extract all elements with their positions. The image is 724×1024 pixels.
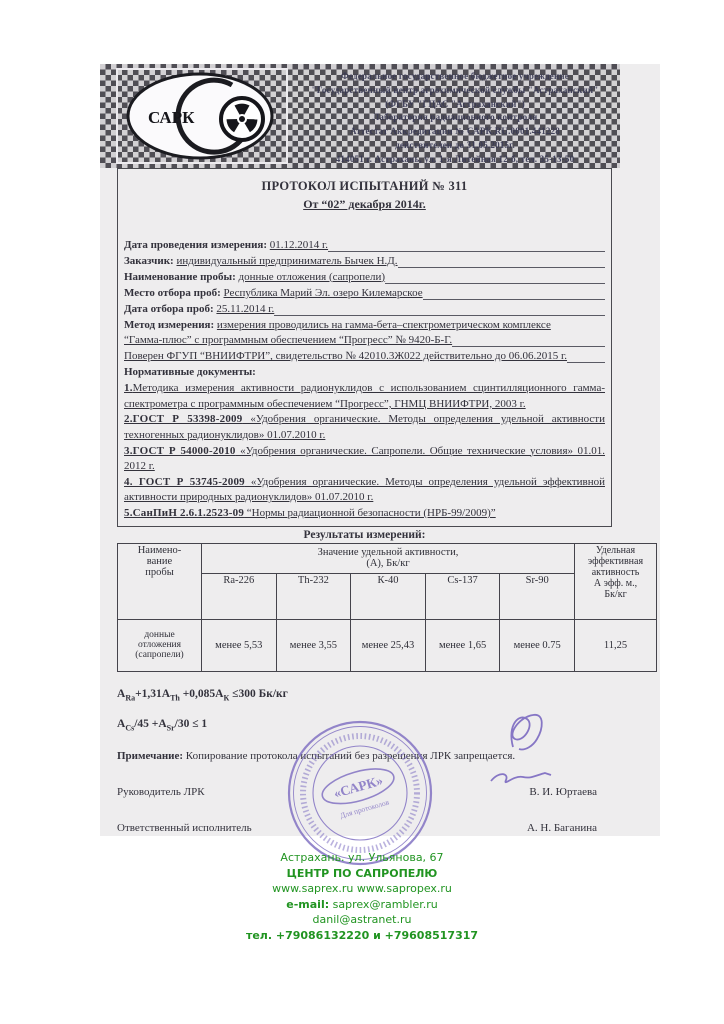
formula-sub: Cs — [125, 723, 134, 732]
formula-effective-activity: АRa+1,31АTh +0,085АК ≤300 Бк/кг — [117, 688, 658, 702]
org-line: "Государственный центр агрохимической сл… — [292, 84, 618, 98]
field-sampling-date: Дата отбора проб: 25.11.2014 г. — [124, 302, 605, 318]
formula-sub: Ra — [125, 693, 135, 702]
normative-item-2: 2.ГОСТ Р 53398-2009 «Удобрения органичес… — [124, 412, 605, 443]
field-underline — [452, 333, 605, 347]
results-table: Наимено- вание пробы Значение удельной а… — [117, 543, 657, 672]
field-value: индивидуальный предприниматель Бычек Н.Д… — [176, 254, 397, 270]
method-continuation: “Гамма-плюс” с программным обеспечением … — [124, 333, 452, 349]
footer-email-line[interactable]: e-mail: saprex@rambler.ru — [0, 897, 724, 913]
footer-address: Астрахань. ул. Ульянова, 67 — [0, 850, 724, 866]
field-underline — [385, 270, 605, 284]
sark-logo: САРК — [116, 68, 288, 164]
normative-text: Методика измерения активности радионукли… — [124, 382, 605, 410]
handwritten-signatures — [395, 709, 575, 814]
footer-email-address: saprex@rambler.ru — [329, 898, 438, 911]
field-label: Наименование пробы: — [124, 270, 239, 286]
field-underline — [328, 238, 605, 252]
formula-part: ≤300 Бк/кг — [229, 688, 288, 700]
scan-header-band: САРК Федеральное государственное бюджетн… — [100, 64, 620, 168]
field-label: Место отбора проб: — [124, 286, 224, 302]
value-k40: менее 25,43 — [351, 619, 426, 671]
normative-num: 5.СанПиН 2.6.1.2523-09 — [124, 507, 244, 519]
protocol-title: ПРОТОКОЛ ИСПЫТАНИЙ № 311 — [124, 179, 605, 194]
field-value: Республика Марий Эл. озеро Килемарское — [224, 286, 423, 302]
stamp-center-text: «САРК» — [332, 773, 385, 801]
normative-heading: Нормативные документы: — [124, 365, 605, 381]
org-line: действителен до 31.05.2015г. — [292, 139, 618, 153]
note-label: Примечание: — [117, 750, 183, 762]
field-underline — [398, 254, 605, 268]
value-effective-activity: 11,25 — [575, 619, 657, 671]
signature-stroke-1 — [511, 715, 541, 750]
protocol-box: ПРОТОКОЛ ИСПЫТАНИЙ № 311 От “02” декабря… — [117, 168, 612, 527]
method-line2: “Гамма-плюс” с программным обеспечением … — [124, 333, 605, 349]
value-cs137: менее 1,65 — [425, 619, 500, 671]
normative-num: 1. — [124, 382, 133, 394]
field-underline — [274, 302, 605, 316]
normative-text: “Нормы радиационной безопасности (НРБ-99… — [244, 507, 496, 519]
org-line: 414051 г. Астрахань, ул. 1-я Литейная 12… — [292, 153, 618, 167]
stamp-sub-text: Для протоколов — [339, 797, 390, 820]
column-header-cs137: Cs-137 — [425, 573, 500, 619]
field-label: Дата отбора проб: — [124, 302, 216, 318]
field-label: Дата проведения измерения: — [124, 238, 270, 254]
value-ra226: менее 5,53 — [202, 619, 277, 671]
column-header-k40: К-40 — [351, 573, 426, 619]
results-heading: Результаты измерений: — [117, 529, 612, 541]
footer-center-name: ЦЕНТР ПО САПРОПЕЛЮ — [0, 866, 724, 882]
field-label: Заказчик: — [124, 254, 176, 270]
footer-email-label: e-mail: — [286, 898, 329, 911]
field-sample-name: Наименование пробы: донные отложения (са… — [124, 270, 605, 286]
column-header-th232: Th-232 — [276, 573, 351, 619]
organization-header: Федеральное государственное бюджетное уч… — [292, 70, 618, 167]
normative-num: 4. ГОСТ Р 53745-2009 — [124, 476, 245, 488]
column-header-effective-activity: Удельная эффективная активность А эфф. м… — [575, 543, 657, 619]
value-sr90: менее 0.75 — [500, 619, 575, 671]
org-line: Лаборатория радиационного контроля — [292, 111, 618, 125]
column-header-sample: Наимено- вание пробы — [118, 543, 202, 619]
normative-item-4: 4. ГОСТ Р 53745-2009 «Удобрения органиче… — [124, 475, 605, 506]
normative-item-1: 1.Методика измерения активности радионук… — [124, 381, 605, 412]
method-line3: Поверен ФГУП “ВНИИФТРИ”, свидетельство №… — [124, 349, 605, 365]
column-group-header-activity: Значение удельной активности, (А), Бк/кг — [202, 543, 575, 573]
signature-stroke-2 — [491, 773, 551, 782]
field-value: донные отложения (сапропели) — [239, 270, 386, 286]
formula-sub: Th — [170, 693, 180, 702]
field-measurement-date: Дата проведения измерения: 01.12.2014 г. — [124, 238, 605, 254]
normative-num: 2.ГОСТ Р 53398-2009 — [124, 413, 242, 425]
protocol-fields: Дата проведения измерения: 01.12.2014 г.… — [124, 238, 605, 522]
formula-part: +1,31А — [135, 688, 170, 700]
field-value: измерения проводились на гамма-бета–спек… — [217, 318, 551, 334]
formula-part: +0,085А — [180, 688, 224, 700]
calibration-line: Поверен ФГУП “ВНИИФТРИ”, свидетельство №… — [124, 349, 567, 365]
sark-logo-graphic: САРК — [118, 70, 286, 162]
table-row: донные отложения (сапропели) менее 5,53 … — [118, 619, 657, 671]
formula-sub: Sr — [167, 723, 175, 732]
org-line: Федеральное государственное бюджетное уч… — [292, 70, 618, 84]
field-underline — [567, 349, 605, 363]
field-sampling-place: Место отбора проб: Республика Марий Эл. … — [124, 286, 605, 302]
value-th232: менее 3,55 — [276, 619, 351, 671]
org-line: Аттестат Аккредитации № САРК.RU.0001.441… — [292, 125, 618, 139]
logo-text: САРК — [148, 108, 195, 127]
footer-email2[interactable]: danil@astranet.ru — [0, 912, 724, 928]
formula-part: /45 +А — [134, 718, 166, 730]
org-line: (ФГБУ "ГЦАС "Астраханский") — [292, 98, 618, 112]
column-header-sr90: Sr-90 — [500, 573, 575, 619]
field-underline — [423, 286, 605, 300]
field-value: 01.12.2014 г. — [270, 238, 328, 254]
field-customer: Заказчик: индивидуальный предприниматель… — [124, 254, 605, 270]
signature-role: Руководитель ЛРК — [117, 786, 205, 798]
field-method: Метод измерения: измерения проводились н… — [124, 318, 605, 334]
protocol-date: От “02” декабря 2014г. — [124, 197, 605, 212]
footer-contacts: Астрахань. ул. Ульянова, 67 ЦЕНТР ПО САП… — [0, 850, 724, 943]
normative-item-3: 3.ГОСТ Р 54000-2010 «Удобрения органичес… — [124, 444, 605, 475]
normative-num: 3.ГОСТ Р 54000-2010 — [124, 445, 236, 457]
sample-name-cell: донные отложения (сапропели) — [118, 619, 202, 671]
column-header-ra226: Ra-226 — [202, 573, 277, 619]
field-label: Метод измерения: — [124, 318, 217, 334]
footer-websites[interactable]: www.saprex.ru www.sapropex.ru — [0, 881, 724, 897]
signature-name: А. Н. Баганина — [527, 822, 597, 834]
scanned-document: САРК Федеральное государственное бюджетн… — [100, 64, 660, 836]
formula-part: /30 ≤ 1 — [175, 718, 208, 730]
field-value: 25.11.2014 г. — [216, 302, 274, 318]
normative-item-5: 5.СанПиН 2.6.1.2523-09 “Нормы радиационн… — [124, 506, 605, 522]
signature-role: Ответственный исполнитель — [117, 822, 252, 834]
footer-phones: тел. +79086132220 и +79608517317 — [0, 928, 724, 944]
